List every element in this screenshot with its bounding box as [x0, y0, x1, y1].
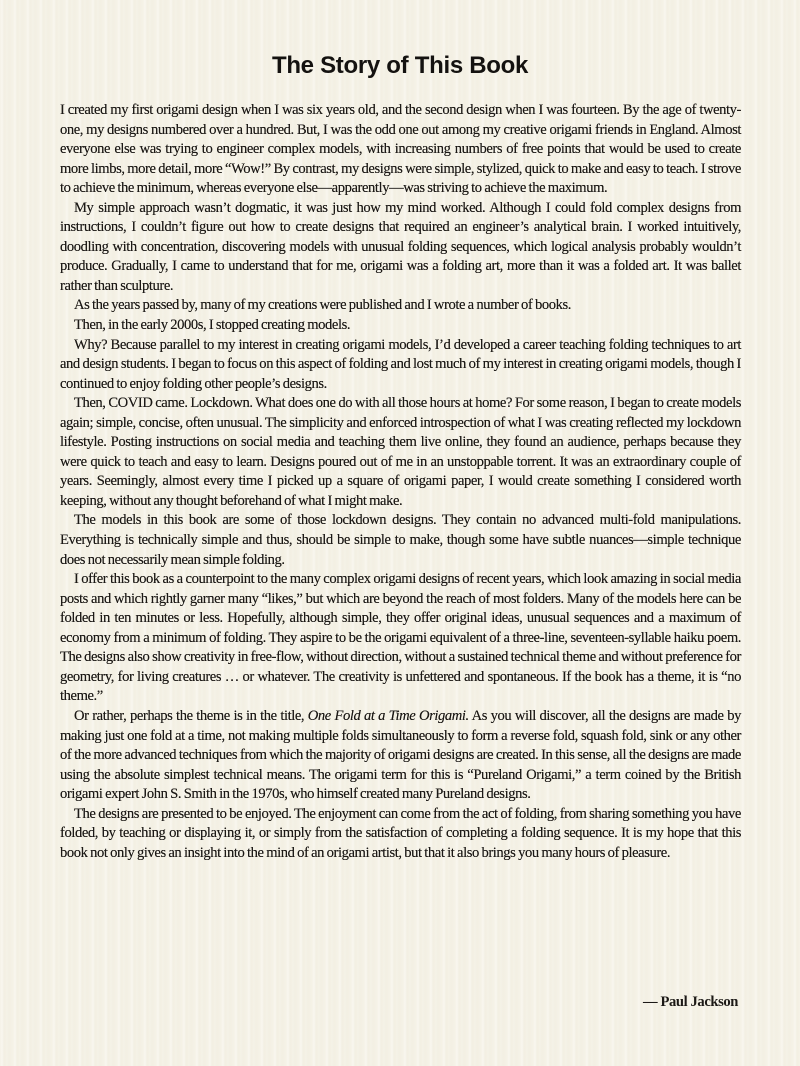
paragraph-3: As the years passed by, many of my creat… [60, 296, 741, 316]
paragraph-6: Then, COVID came. Lockdown. What does on… [60, 394, 741, 511]
paragraph-9: Or rather, perhaps the theme is in the t… [60, 707, 741, 805]
page-title: The Story of This Book [0, 52, 800, 80]
book-page: The Story of This Book I created my firs… [0, 0, 800, 1066]
paragraph-1: I created my first origami design when I… [60, 101, 741, 199]
paragraph-7: The models in this book are some of thos… [60, 511, 741, 570]
paragraph-10: The designs are presented to be enjoyed.… [60, 805, 741, 864]
paragraph-5: Why? Because parallel to my interest in … [60, 336, 741, 395]
author-signature: — Paul Jackson [643, 994, 738, 1011]
paragraph-2: My simple approach wasn’t dogmatic, it w… [60, 199, 741, 297]
paragraph-4: Then, in the early 2000s, I stopped crea… [60, 316, 741, 336]
book-title-italic: One Fold at a Time Origami. [308, 708, 469, 724]
paragraph-9-lead: Or rather, perhaps the theme is in the t… [74, 708, 308, 724]
paragraph-8: I offer this book as a counterpoint to t… [60, 570, 741, 707]
story-body: I created my first origami design when I… [60, 101, 741, 863]
